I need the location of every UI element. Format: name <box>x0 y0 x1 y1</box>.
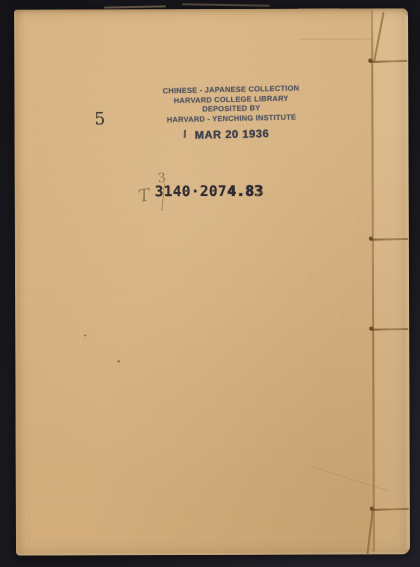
ink-tick-mark <box>184 130 186 138</box>
stamp-date: MAR 20 1936 <box>195 129 270 143</box>
book-cover: 5 CHINESE - JAPANESE COLLECTION HARVARD … <box>14 8 410 555</box>
paper-speck <box>117 360 120 362</box>
pencil-checkmark: ✓ <box>253 186 266 202</box>
handwritten-number: 5 <box>94 109 106 129</box>
stitch-hole <box>368 58 372 62</box>
call-number-area: T 3 3140·2074.83 ✓ <box>135 169 300 226</box>
crease-line <box>312 466 388 491</box>
frayed-paper-edge <box>104 5 166 8</box>
binding-fold-line <box>371 10 375 551</box>
call-number-stamp: 3140·2074.83 <box>155 184 263 200</box>
binding-stitch-thread <box>371 508 409 511</box>
library-stamp: CHINESE - JAPANESE COLLECTION HARVARD CO… <box>147 83 316 141</box>
pencil-letter: T <box>137 185 152 207</box>
stamp-date-row: MAR 20 1936 <box>148 124 316 142</box>
stitch-hole <box>369 236 373 240</box>
frayed-paper-edge <box>182 3 270 7</box>
binding-stitch-thread <box>370 328 408 331</box>
paper-speck <box>84 334 86 336</box>
crease-line <box>301 38 371 39</box>
call-number-normal: 3140·207 <box>155 184 227 200</box>
stitch-hole <box>369 326 373 330</box>
binding-stitch-thread <box>370 238 408 241</box>
binding-corner-thread-top <box>373 12 384 61</box>
page-edges <box>403 14 410 550</box>
photo-background: 5 CHINESE - JAPANESE COLLECTION HARVARD … <box>0 0 420 567</box>
